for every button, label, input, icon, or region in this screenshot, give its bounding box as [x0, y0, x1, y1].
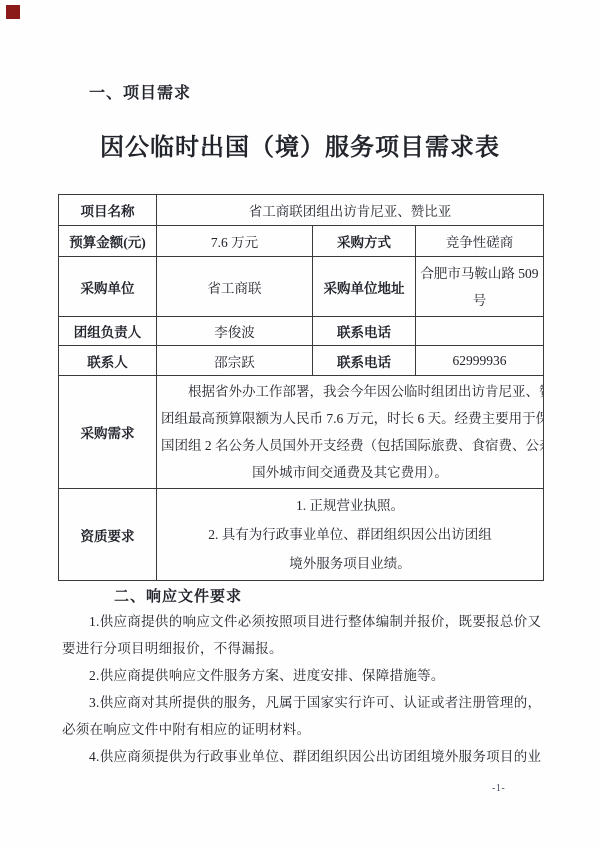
- qualification-line: 境外服务项目业绩。: [161, 549, 539, 578]
- table-row: 联系人 邵宗跃 联系电话 62999936: [59, 346, 544, 376]
- label-phone-2: 联系电话: [313, 346, 416, 376]
- section1-heading: 一、项目需求: [89, 80, 191, 103]
- value-qualification: 1. 正规营业执照。 2. 具有为行政事业单位、群团组织因公出访团组 境外服务项…: [157, 489, 544, 581]
- document-page: 一、项目需求 因公临时出国（境）服务项目需求表 项目名称 省工商联团组出访肯尼亚…: [0, 0, 600, 848]
- label-qualification: 资质要求: [59, 489, 157, 581]
- red-corner-mark: [6, 5, 20, 19]
- body-line: 必须在响应文件中附有相应的证明材料。: [62, 716, 540, 743]
- table-row: 预算金额(元) 7.6 万元 采购方式 竞争性磋商: [59, 226, 544, 257]
- value-group-leader: 李俊波: [157, 317, 313, 346]
- value-purchaser-address: 合肥市马鞍山路 509 号: [416, 257, 544, 317]
- value-purchaser: 省工商联: [157, 257, 313, 317]
- value-project-name: 省工商联团组出访肯尼亚、赞比亚: [157, 195, 544, 226]
- value-procurement-requirement: 根据省外办工作部署，我会今年因公临时组团出访肯尼亚、赞比亚， 团组最高预算限额为…: [157, 376, 544, 489]
- requirement-line: 团组最高预算限额为人民币 7.6 万元，时长 6 天。经费主要用于保障出: [161, 405, 539, 432]
- requirement-line: 国外城市间交通费及其它费用）。: [161, 459, 539, 486]
- label-group-leader: 团组负责人: [59, 317, 157, 346]
- section2-heading: 二、响应文件要求: [114, 585, 242, 606]
- qualification-line: 1. 正规营业执照。: [161, 491, 539, 520]
- table-row: 采购单位 省工商联 采购单位地址 合肥市马鞍山路 509 号: [59, 257, 544, 317]
- value-phone-1: [416, 317, 544, 346]
- label-contact-person: 联系人: [59, 346, 157, 376]
- requirements-table: 项目名称 省工商联团组出访肯尼亚、赞比亚 预算金额(元) 7.6 万元 采购方式…: [58, 194, 544, 581]
- body-line: 3.供应商对其所提供的服务，凡属于国家实行许可、认证或者注册管理的，: [62, 689, 540, 716]
- label-procurement-requirement: 采购需求: [59, 376, 157, 489]
- label-purchaser: 采购单位: [59, 257, 157, 317]
- body-line: 1.供应商提供的响应文件必须按照项目进行整体编制并报价，既要报总价又: [62, 608, 540, 635]
- value-phone-2: 62999936: [416, 346, 544, 376]
- table-row: 资质要求 1. 正规营业执照。 2. 具有为行政事业单位、群团组织因公出访团组 …: [59, 489, 544, 581]
- value-procurement-method: 竞争性磋商: [416, 226, 544, 257]
- label-phone-1: 联系电话: [313, 317, 416, 346]
- label-budget: 预算金额(元): [59, 226, 157, 257]
- body-line: 2.供应商提供响应文件服务方案、进度安排、保障措施等。: [62, 662, 540, 689]
- body-line: 4.供应商须提供为行政事业单位、群团组织因公出访团组境外服务项目的业: [62, 743, 540, 770]
- table-row: 项目名称 省工商联团组出访肯尼亚、赞比亚: [59, 195, 544, 226]
- section2-body: 1.供应商提供的响应文件必须按照项目进行整体编制并报价，既要报总价又 要进行分项…: [62, 608, 540, 770]
- label-project-name: 项目名称: [59, 195, 157, 226]
- page-number: -1-: [492, 783, 505, 794]
- value-contact-person: 邵宗跃: [157, 346, 313, 376]
- requirement-line: 根据省外办工作部署，我会今年因公临时组团出访肯尼亚、赞比亚，: [161, 378, 539, 405]
- label-procurement-method: 采购方式: [313, 226, 416, 257]
- label-purchaser-address: 采购单位地址: [313, 257, 416, 317]
- page-title: 因公临时出国（境）服务项目需求表: [0, 127, 600, 162]
- value-budget: 7.6 万元: [157, 226, 313, 257]
- requirement-line: 国团组 2 名公务人员国外开支经费（包括国际旅费、食宿费、公杂费、: [161, 432, 539, 459]
- table-row: 采购需求 根据省外办工作部署，我会今年因公临时组团出访肯尼亚、赞比亚， 团组最高…: [59, 376, 544, 489]
- table-row: 团组负责人 李俊波 联系电话: [59, 317, 544, 346]
- qualification-line: 2. 具有为行政事业单位、群团组织因公出访团组: [161, 520, 539, 549]
- body-line: 要进行分项目明细报价，不得漏报。: [62, 635, 540, 662]
